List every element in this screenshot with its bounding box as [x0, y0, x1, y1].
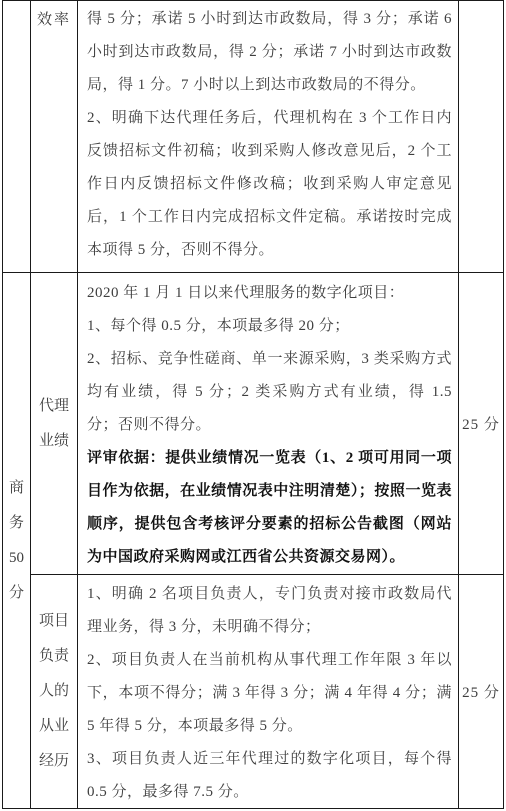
category-cell-business: 商 务 50 分	[3, 273, 31, 809]
criterion-label-line: 负责	[31, 639, 77, 674]
criterion-label-line: 业绩	[31, 424, 77, 459]
criteria-paragraph: 1、明确 2 名项目负责人，专门负责对接市政数局代理业务，得 3 分，未明确不得…	[87, 578, 452, 644]
category-cell-empty	[3, 1, 31, 273]
table-row: 项目 负责 人的 从业 经历 1、明确 2 名项目负责人，专门负责对接市政数局代…	[3, 575, 504, 809]
table-row: 效率 得 5 分；承诺 5 小时到达市政数局，得 3 分；承诺 6 小时到达市政…	[3, 1, 504, 273]
criterion-label-line: 代理	[31, 389, 77, 424]
category-label-line: 50	[3, 541, 30, 576]
criteria-paragraph-review-basis: 评审依据：提供业绩情况一览表（1、2 项可用同一项目作为依据，在业绩情况表中注明…	[87, 442, 452, 574]
criterion-cell-agency-performance: 代理 业绩	[31, 273, 78, 575]
table-row: 商 务 50 分 代理 业绩 2020 年 1 月 1 日以来代理服务的数字化项…	[3, 273, 504, 575]
criterion-label-line: 经历	[31, 744, 77, 779]
detail-cell-pm-experience: 1、明确 2 名项目负责人，专门负责对接市政数局代理业务，得 3 分，未明确不得…	[78, 575, 459, 809]
criterion-label: 效率	[31, 9, 77, 31]
criteria-paragraph-review-basis: 评审依据：根据遴选代理机构出具服务承诺函情况评分。	[87, 267, 452, 272]
criteria-paragraph: 2020 年 1 月 1 日以来代理服务的数字化项目：	[87, 277, 452, 310]
criterion-label-line: 人的	[31, 674, 77, 709]
category-label-line: 务	[3, 506, 30, 541]
criteria-paragraph: 3、项目负责人近三年代理过的数字化项目，每个得 0.5 分，最多得 7.5 分。	[87, 743, 452, 808]
criterion-cell-pm-experience: 项目 负责 人的 从业 经历	[31, 575, 78, 809]
evaluation-criteria-table: 效率 得 5 分；承诺 5 小时到达市政数局，得 3 分；承诺 6 小时到达市政…	[2, 0, 504, 809]
score-cell-pm-experience: 25 分	[459, 575, 504, 809]
criterion-label-line: 从业	[31, 709, 77, 744]
score-cell-efficiency	[459, 1, 504, 273]
criteria-paragraph: 2、项目负责人在当前机构从事代理工作年限 3 年以下，本项不得分；满 3 年得 …	[87, 644, 452, 743]
category-label-line: 商	[3, 471, 30, 506]
document-page: 效率 得 5 分；承诺 5 小时到达市政数局，得 3 分；承诺 6 小时到达市政…	[0, 0, 506, 811]
criteria-paragraph: 1、每个得 0.5 分，本项最多得 20 分；	[87, 310, 452, 343]
score-cell-agency-performance: 25 分	[459, 273, 504, 575]
criterion-cell-efficiency: 效率	[31, 1, 78, 273]
detail-cell-efficiency: 得 5 分；承诺 5 小时到达市政数局，得 3 分；承诺 6 小时到达市政数局，…	[78, 1, 459, 273]
criterion-label-line: 项目	[31, 604, 77, 639]
detail-cell-agency-performance: 2020 年 1 月 1 日以来代理服务的数字化项目： 1、每个得 0.5 分，…	[78, 273, 459, 575]
category-label-line: 分	[3, 576, 30, 611]
criteria-paragraph: 2、招标、竞争性磋商、单一来源采购，3 类采购方式均有业绩，得 5 分；2 类采…	[87, 343, 452, 442]
criteria-paragraph: 2、明确下达代理任务后，代理机构在 3 个工作日内反馈招标文件初稿；收到采购人修…	[87, 102, 452, 267]
criteria-paragraph: 得 5 分；承诺 5 小时到达市政数局，得 3 分；承诺 6 小时到达市政数局，…	[87, 3, 452, 102]
